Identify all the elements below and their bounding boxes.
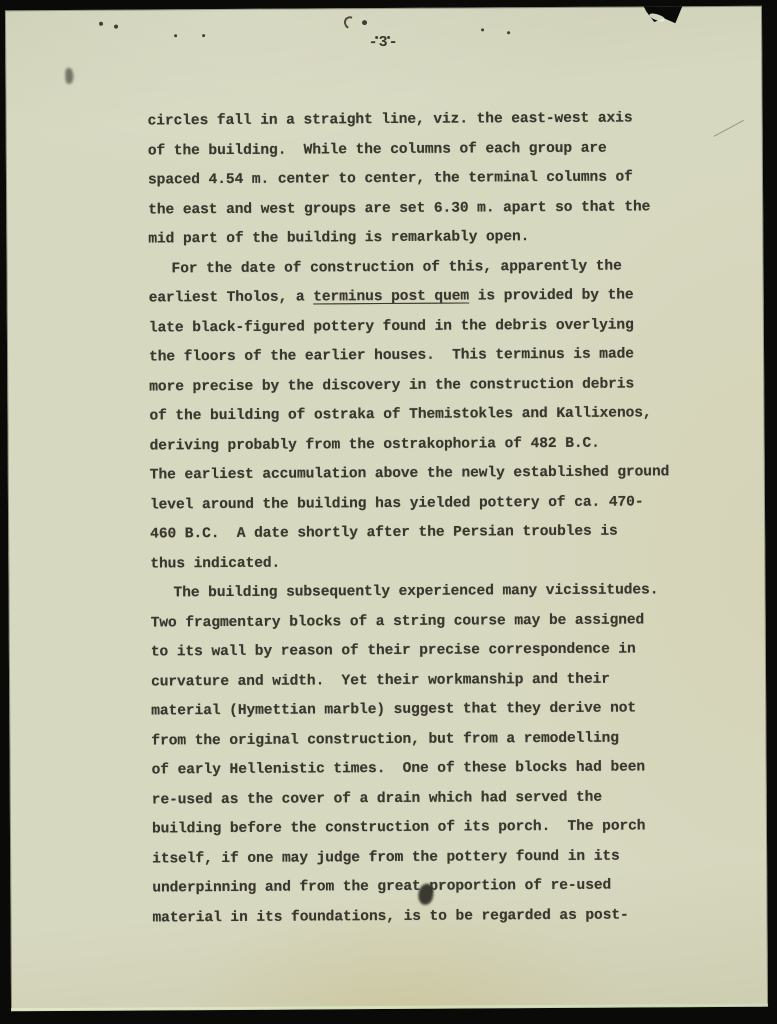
ink-speck: [99, 22, 103, 26]
text-line: late black-figured pottery found in the …: [149, 311, 709, 344]
text-line: re-used as the cover of a drain which ha…: [152, 783, 712, 816]
ink-smudge: [65, 68, 73, 84]
text-line: spaced 4.54 m. center to center, the ter…: [148, 163, 708, 196]
text-line: of the building of ostraka of Themistokl…: [149, 399, 709, 432]
text-line: The earliest accumulation above the newl…: [150, 458, 710, 491]
text-line: material in its foundations, is to be re…: [152, 901, 712, 934]
text-line: itself, if one may judge from the potter…: [152, 842, 712, 875]
page-number: -3-: [5, 33, 762, 53]
text-line: level around the building has yielded po…: [150, 488, 710, 521]
text-line: from the original construction, but from…: [151, 724, 711, 757]
text-line: of early Hellenistic times. One of these…: [152, 753, 712, 786]
text-line: 460 B.C. A date shortly after the Persia…: [150, 517, 710, 550]
text-line: For the date of construction of this, ap…: [148, 252, 708, 285]
text-line: material (Hymettian marble) suggest that…: [151, 694, 711, 727]
scratch-mark: [713, 120, 743, 137]
ink-speck: [114, 25, 118, 29]
text-line: to its wall by reason of their precise c…: [151, 635, 711, 668]
text-line: earliest Tholos, a terminus post quem is…: [149, 281, 709, 314]
paper-page: -3- circles fall in a straight line, viz…: [5, 6, 768, 1012]
text-line: more precise by the discovery in the con…: [149, 370, 709, 403]
underlined-phrase: terminus post quem: [313, 288, 469, 305]
typed-text: circles fall in a straight line, viz. th…: [148, 104, 713, 933]
text-line: curvature and width. Yet their workmansh…: [151, 665, 711, 698]
text-line: thus indicated.: [150, 547, 710, 580]
ink-speck: [481, 28, 484, 31]
text-line: deriving probably from the ostrakophoria…: [150, 429, 710, 462]
text-line: of the building. While the columns of ea…: [148, 134, 708, 167]
text-line: the floors of the earlier houses. This t…: [149, 340, 709, 373]
text-line: the east and west groups are set 6.30 m.…: [148, 193, 708, 226]
text-line: The building subsequently experienced ma…: [150, 576, 710, 609]
text-line: underpinning and from the great proporti…: [152, 871, 712, 904]
text-line: mid part of the building is remarkably o…: [148, 222, 708, 255]
text-line: building before the construction of its …: [152, 812, 712, 845]
text-line: circles fall in a straight line, viz. th…: [148, 104, 708, 137]
ink-mark: [342, 15, 358, 31]
ink-speck: [362, 20, 367, 25]
scanned-document: -3- circles fall in a straight line, viz…: [0, 0, 777, 1024]
text-line: Two fragmentary blocks of a string cours…: [151, 606, 711, 639]
